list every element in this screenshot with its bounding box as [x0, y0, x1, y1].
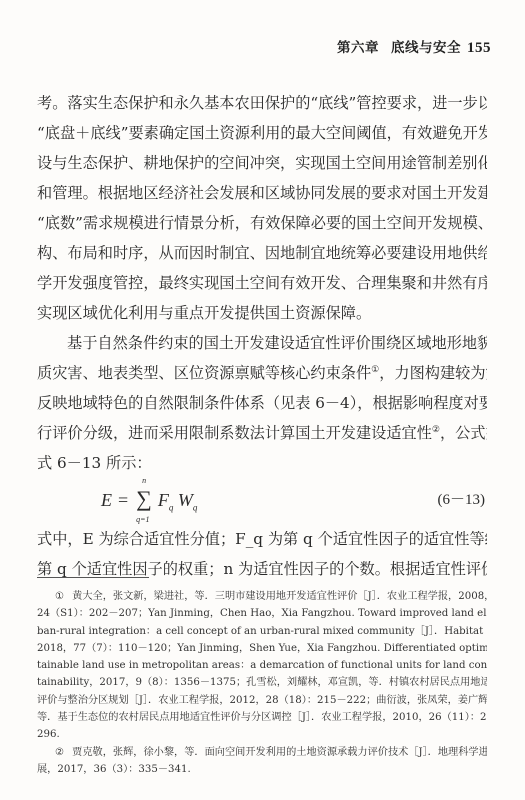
footnote-line: ban-rural integration：a cell concept of … [37, 623, 487, 640]
term-f-sub: q [169, 503, 174, 513]
text-line: 考。落实生态保护和永久基本农田保护的“底线”管控要求，进一步以 [37, 88, 487, 118]
formula-6-13: E=∑nq=1Fq Wq (6－13) [37, 480, 487, 524]
text-line: 构、布局和时序，从而因时制宜、因地制宜地统筹必要建设用地供给和科 [37, 238, 487, 268]
footnote-line: 2018，77（7）：110－120；Yan Jinming，Shen Yue，… [37, 640, 487, 657]
footnote-text: 贾克敬，张辉，徐小黎，等．面向空间开发利用的土地资源承载力评价技术［J］．地理科… [72, 747, 487, 758]
formula-expression: E=∑nq=1Fq Wq [101, 486, 197, 513]
footnote-line: 24（S1）：202－207；Yan Jinming，Chen Hao，Xia … [37, 605, 487, 622]
text-span: ，公式如 [440, 424, 487, 442]
term-f: F [158, 490, 169, 510]
footnote-ref-2[interactable]: ② [432, 425, 440, 435]
formula-equals: = [118, 490, 128, 510]
text-line: 行评价分级，进而采用限制系数法计算国土开发建设适宜性②，公式如 [37, 418, 487, 448]
footnote-marker: ② [55, 747, 64, 758]
footnote-1: ①黄大全，张文新，梁进社，等．三明市建设用地开发适宜性评价［J］．农业工程学报，… [37, 588, 487, 744]
text-line: 基于自然条件约束的国土开发建设适宜性评价围绕区域地形地貌、地 [37, 328, 487, 358]
text-line: 实现区域优化利用与重点开发提供国土资源保障。 [37, 298, 487, 328]
chapter-label: 第六章 [337, 40, 379, 56]
text-line: “底盘＋底线”要素确定国土资源利用的最大空间阈值，有效避免开发建 [37, 118, 487, 148]
sigma-upper: n [142, 476, 146, 485]
footnote-line: ②贾克敬，张辉，徐小黎，等．面向空间开发利用的土地资源承载力评价技术［J］．地理… [37, 744, 487, 761]
paragraph-2: 基于自然条件约束的国土开发建设适宜性评价围绕区域地形地貌、地 质灾害、地表类型、… [37, 328, 487, 478]
footnote-ref-1[interactable]: ① [371, 365, 379, 375]
running-header: 第六章底线与安全155 [337, 36, 491, 57]
footnote-marker: ① [55, 591, 64, 602]
paragraph-1: 考。落实生态保护和永久基本农田保护的“底线”管控要求，进一步以 “底盘＋底线”要… [37, 88, 487, 328]
text-line: 第 q 个适宜性因子的权重；n 为适宜性因子的个数。根据适宜性评价分级结 [37, 554, 487, 584]
footnote-line: 296. [37, 726, 487, 743]
footnote-2: ②贾克敬，张辉，徐小黎，等．面向空间开发利用的土地资源承载力评价技术［J］．地理… [37, 744, 487, 779]
sigma-glyph: ∑ [136, 486, 152, 511]
text-span: ，力图构建较为完善、 [379, 364, 487, 382]
sigma-symbol: ∑nq=1 [136, 486, 152, 512]
page-number: 155 [467, 40, 491, 56]
text-span: 质灾害、地表类型、区位资源禀赋等核心约束条件 [37, 364, 371, 382]
footnote-line: tainable land use in metropolitan areas：… [37, 657, 487, 674]
footnote-line: 评价与整治分区规划［J］．农业工程学报，2012，28（18）：215－222；… [37, 692, 487, 709]
footnote-line: ①黄大全，张文新，梁进社，等．三明市建设用地开发适宜性评价［J］．农业工程学报，… [37, 588, 487, 605]
formula-number: (6－13) [438, 488, 486, 509]
footnote-line: tainability，2017，9（8）：1356－1375；孔雪松，刘耀林，… [37, 674, 487, 691]
term-w-sub: q [193, 503, 198, 513]
section-title: 底线与安全 [391, 40, 461, 56]
text-line: 式 6－13 所示： [37, 448, 487, 478]
body-text: 考。落实生态保护和永久基本农田保护的“底线”管控要求，进一步以 “底盘＋底线”要… [37, 88, 487, 584]
footnote-line: 展，2017，36（3）：335－341. [37, 761, 487, 778]
text-line: 学开发强度管控，最终实现国土空间有效开发、合理集聚和井然有序，为 [37, 268, 487, 298]
footnote-text: 黄大全，张文新，梁进社，等．三明市建设用地开发适宜性评价［J］．农业工程学报，2… [72, 591, 487, 602]
term-w: W [178, 490, 193, 510]
text-line: 式中，E 为综合适宜性分值；F_q 为第 q 个适宜性因子的适宜性等级；W_q … [37, 524, 487, 554]
footnotes: ①黄大全，张文新，梁进社，等．三明市建设用地开发适宜性评价［J］．农业工程学报，… [37, 588, 487, 778]
text-span: 行评价分级，进而采用限制系数法计算国土开发建设适宜性 [37, 424, 432, 442]
text-line: 和管理。根据地区经济社会发展和区域协同发展的要求对国土开发建设的 [37, 178, 487, 208]
text-line: “底数”需求规模进行情景分析，有效保障必要的国土空间开发规模、结 [37, 208, 487, 238]
footnote-divider [37, 577, 149, 578]
text-line: 质灾害、地表类型、区位资源禀赋等核心约束条件①，力图构建较为完善、 [37, 358, 487, 388]
paragraph-3: 式中，E 为综合适宜性分值；F_q 为第 q 个适宜性因子的适宜性等级；W_q … [37, 524, 487, 584]
text-line: 反映地域特色的自然限制条件体系（见表 6－4），根据影响程度对要素进 [37, 388, 487, 418]
text-line: 设与生态保护、耕地保护的空间冲突，实现国土空间用途管制差别化引导 [37, 148, 487, 178]
footnote-line: 等．基于生态位的农村居民点用地适宜性评价与分区调控［J］．农业工程学报，2010… [37, 709, 487, 726]
sigma-lower: q=1 [136, 515, 149, 524]
formula-lhs: E [101, 490, 112, 510]
